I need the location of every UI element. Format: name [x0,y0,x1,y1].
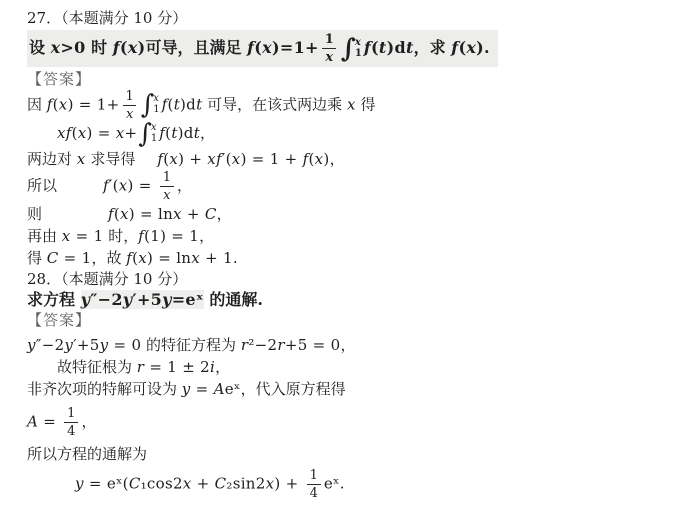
roman-math-run: sin [233,474,256,492]
text-run: 则 [27,205,42,223]
q28-header: 28．（本题满分 10 分） [27,269,672,289]
text-run: 时 [86,38,113,57]
text-run: 时， [103,227,138,245]
roman-math-run: eˣ [185,290,203,309]
text-run: ， [199,227,214,245]
fraction: 14 [307,469,321,500]
math-run: f′(x) = [103,176,157,194]
text-run: 得 [356,95,376,113]
math-run: f(t) [364,38,395,57]
math-run: f(x) = [126,249,176,267]
text-run: ， [200,124,215,142]
roman-math-run: ln [158,205,173,223]
roman-math-run: ln [176,249,191,267]
text-run: 可导，且满足 [146,38,248,57]
math-run: (C₁ [123,474,147,492]
text-run: ， [340,336,355,354]
text-run: 可导，在该式两边乘 [202,95,347,113]
sol28-step6: y = eˣ(C₁cos2x + C₂sin2x) + 14eˣ. [75,469,672,500]
text-run: 28．（本题满分 10 分） [27,270,187,288]
math-run: f(x) [113,38,146,57]
text-run: 求方程 [27,290,81,309]
answer-label-27: 【答案】 [27,69,672,89]
math-run: t [406,38,414,57]
sol27-step4: 所以f′(x) = 1x， [27,171,672,202]
roman-math-run: d [186,95,196,113]
text-run: 再由 [27,227,62,245]
math-run: 2x + C₂ [173,474,233,492]
math-run: f(x) = [108,205,158,223]
sol27-step6: 再由 x = 1 时，f(1) = 1， [27,226,672,246]
sol27-step3: 两边对 x 求导得f(x) + xf′(x) = 1 + f(x)， [27,149,672,169]
math-run: x [347,95,356,113]
math-document-page: 27．（本题满分 10 分）设 x>0 时 f(x)可导，且满足 f(x)=1+… [0,0,682,500]
text-run: ，求 [414,38,452,57]
integral: ∫x1 [341,36,362,62]
math-run: f(t) [159,124,184,142]
math-run: f(x)=1+ [247,38,319,57]
text-run: 所以方程的通解为 [27,445,147,463]
text-run: ， [217,205,232,223]
text-run: 非齐次项的特解可设为 [27,380,182,398]
roman-math-run: cos [147,474,173,492]
math-run: f(1) = 1 [138,227,199,245]
text-run: 得 [27,249,47,267]
math-run: x + C [173,205,217,223]
math-run: f(x) = 1+ [47,95,120,113]
text-run: 【答案】 [27,70,91,88]
math-run: r²−2r+5 = 0 [241,336,341,354]
math-run: x>0 [51,38,86,57]
integral: ∫x1 [138,121,157,147]
sol27-step2: xf(x) = x+∫x1f(t)dt， [57,121,672,147]
text-run: 【答案】 [27,311,91,329]
text-run: ， [177,176,192,194]
math-run: A = [27,413,61,431]
text-run: 两边对 [27,150,77,168]
text-run: 的特征方程为 [141,336,241,354]
fraction: 1x [122,90,136,121]
text-run: 27．（本题满分 10 分） [27,9,187,27]
sol28-step3: 非齐次项的特解可设为 y = Aeˣ，代入原方程得 [27,379,672,399]
math-run: y″−2y′+5y= [81,290,186,309]
fraction: 1x [160,171,174,202]
math-run: C = 1 [47,249,92,267]
text-run: 所以 [27,176,57,194]
sol27-step7: 得 C = 1，故 f(x) = lnx + 1. [27,248,672,268]
q27-header: 27．（本题满分 10 分） [27,8,672,28]
math-run: f(x) [451,38,484,57]
roman-math-run: eˣ [324,474,340,492]
math-run: r = 1 ± 2i [137,358,215,376]
math-run: x = 1 [62,227,104,245]
text-run: ，故 [91,249,126,267]
sol28-step1: y″−2y′+5y = 0 的特征方程为 r²−2r+5 = 0， [27,335,672,355]
text-run: ， [330,150,345,168]
roman-math-run: d [184,124,194,142]
text-run: . [340,474,345,492]
text-run: 故特征根为 [57,358,137,376]
text-run: 的通解. [204,290,263,309]
text-run: ， [215,358,230,376]
math-run: y″−2y′+5y = 0 [27,336,141,354]
text-run: ，代入原方程得 [241,380,346,398]
q27-statement: 设 x>0 时 f(x)可导，且满足 f(x)=1+1x∫x1f(t)dt，求 … [27,30,498,67]
sol27-step5: 则f(x) = lnx + C， [27,204,672,224]
math-run: f(t) [162,95,187,113]
math-run: x + 1 [191,249,233,267]
text-run: 设 [29,38,51,57]
q28-statement: 求方程 y″−2y′+5y=eˣ 的通解. [27,289,672,311]
math-run: x [77,150,86,168]
fraction: 1x [322,33,337,64]
roman-math-run: eˣ [225,380,241,398]
roman-math-run: eˣ [107,474,123,492]
sol28-step4: A = 14， [27,407,672,438]
text-run: 因 [27,95,47,113]
math-run: xf(x) = x+ [57,124,137,142]
sol28-step2: 故特征根为 r = 1 ± 2i， [57,357,672,377]
roman-math-run: d [394,38,406,57]
answer-label-28: 【答案】 [27,310,672,330]
text-run: 求导得 [86,150,136,168]
sol28-step5: 所以方程的通解为 [27,444,672,464]
text-run: . [233,249,238,267]
text-run: . [484,38,490,57]
math-run: 2x) + [256,474,304,492]
fraction: 14 [64,407,78,438]
math-run: y = [75,474,107,492]
integral: ∫x1 [141,92,160,118]
sol27-step1: 因 f(x) = 1+1x∫x1f(t)dt 可导，在该式两边乘 x 得 [27,90,672,121]
math-run: f(x) + xf′(x) = 1 + f(x) [157,150,329,168]
math-run: y = A [182,380,225,398]
text-run: ， [81,413,96,431]
